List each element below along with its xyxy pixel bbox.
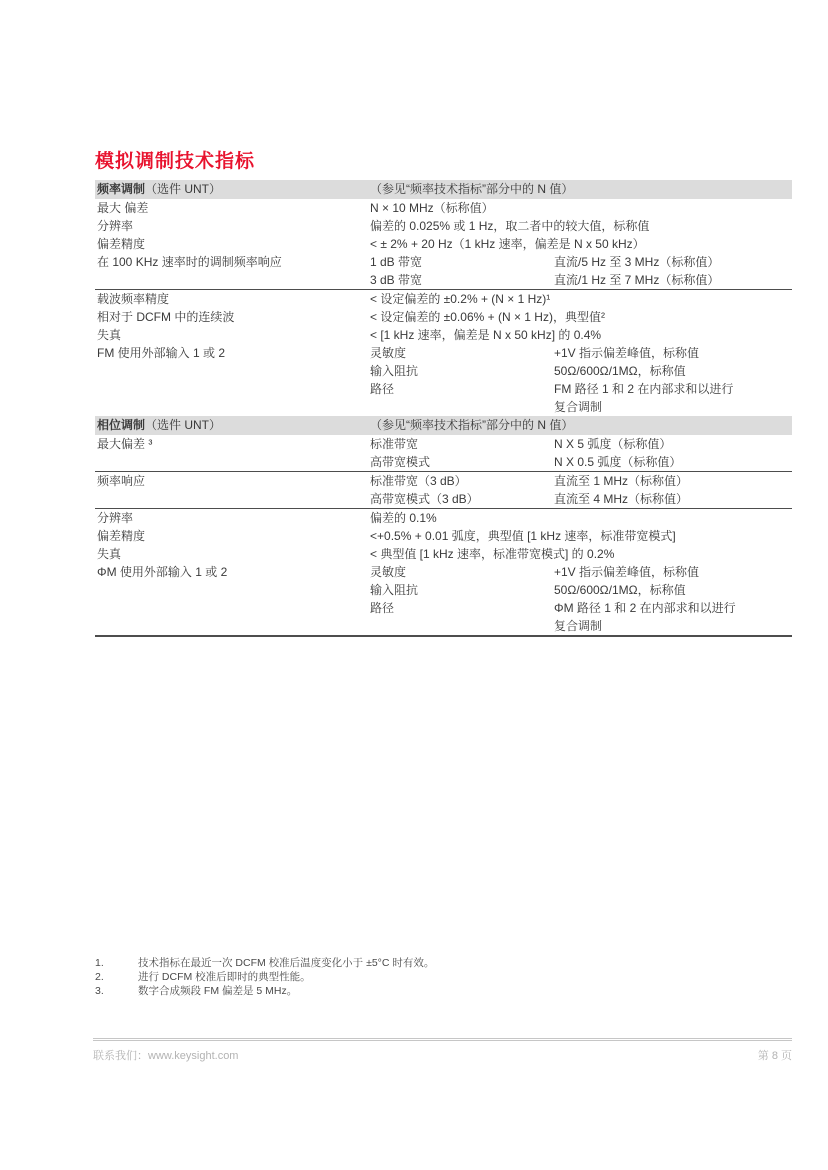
spec-sub-label: N × 10 MHz（标称值） — [370, 199, 554, 217]
spec-label: 在 100 KHz 速率时的调制频率响应 — [95, 253, 370, 271]
spec-sub-label — [370, 617, 554, 635]
spec-row: 最大 偏差N × 10 MHz（标称值） — [95, 199, 792, 217]
spec-label: 分辨率 — [95, 217, 370, 235]
spec-label: FM 使用外部输入 1 或 2 — [95, 344, 370, 362]
spec-label — [95, 398, 370, 416]
spec-label — [95, 599, 370, 617]
page-content: 模拟调制技术指标 频率调制（选件 UNT）（参见“频率技术指标”部分中的 N 值… — [95, 146, 792, 637]
spec-sub-label: 1 dB 带宽 — [370, 253, 554, 271]
spec-sub-label: 路径 — [370, 380, 554, 398]
spec-label: 失真 — [95, 326, 370, 344]
spec-sub-label: < ± 2% + 20 Hz（1 kHz 速率，偏差是 N x 50 kHz） — [370, 235, 554, 253]
spec-value: +1V 指示偏差峰值，标称值 — [554, 563, 792, 581]
spec-sub-label: < 设定偏差的 ±0.2% + (N × 1 Hz)¹ — [370, 290, 554, 308]
spec-row: 频率响应标准带宽（3 dB）直流至 1 MHz（标称值） — [95, 472, 792, 490]
spec-value — [554, 217, 792, 235]
footnote-text: 技术指标在最近一次 DCFM 校准后温度变化小于 ±5°C 时有效。 — [138, 956, 434, 970]
spec-sub-label: 偏差的 0.025% 或 1 Hz，取二者中的较大值，标称值 — [370, 217, 554, 235]
section-header-row: 相位调制（选件 UNT）（参见“频率技术指标”部分中的 N 值） — [95, 416, 792, 435]
spec-sub-label: < [1 kHz 速率，偏差是 N x 50 kHz] 的 0.4% — [370, 326, 554, 344]
section-header-row: 频率调制（选件 UNT）（参见“频率技术指标”部分中的 N 值） — [95, 180, 792, 199]
footnote-text: 进行 DCFM 校准后即时的典型性能。 — [138, 970, 311, 984]
spec-row: 输入阻抗50Ω/600Ω/1MΩ，标称值 — [95, 362, 792, 380]
spec-label — [95, 581, 370, 599]
section-note: （参见“频率技术指标”部分中的 N 值） — [370, 416, 792, 435]
spec-sub-label: 灵敏度 — [370, 563, 554, 581]
spec-value: 50Ω/600Ω/1MΩ，标称值 — [554, 362, 792, 380]
spec-sub-label: 偏差的 0.1% — [370, 509, 554, 527]
spec-row: 分辨率偏差的 0.1% — [95, 509, 792, 527]
spec-row: 高带宽模式（3 dB）直流至 4 MHz（标称值） — [95, 490, 792, 508]
spec-row: 分辨率偏差的 0.025% 或 1 Hz，取二者中的较大值，标称值 — [95, 217, 792, 235]
spec-value — [554, 545, 792, 563]
spec-label: 分辨率 — [95, 509, 370, 527]
spec-row: 输入阻抗50Ω/600Ω/1MΩ，标称值 — [95, 581, 792, 599]
spec-label — [95, 380, 370, 398]
spec-value — [554, 509, 792, 527]
spec-value: N X 0.5 弧度（标称值） — [554, 453, 792, 471]
spec-sub-label: <+0.5% + 0.01 弧度，典型值 [1 kHz 速率，标准带宽模式] — [370, 527, 554, 545]
spec-value — [554, 326, 792, 344]
spec-row: 高带宽模式N X 0.5 弧度（标称值） — [95, 453, 792, 471]
spec-value — [554, 527, 792, 545]
footer-page-number: 第 8 页 — [758, 1047, 792, 1063]
spec-row: 偏差精度< ± 2% + 20 Hz（1 kHz 速率，偏差是 N x 50 k… — [95, 235, 792, 253]
spec-label: 最大偏差 ³ — [95, 435, 370, 453]
footer-contact-link: 联系我们：www.keysight.com — [93, 1047, 238, 1063]
spec-label — [95, 362, 370, 380]
spec-label: 相对于 DCFM 中的连续波 — [95, 308, 370, 326]
spec-row: 相对于 DCFM 中的连续波< 设定偏差的 ±0.06% + (N × 1 Hz… — [95, 308, 792, 326]
document-page: 模拟调制技术指标 频率调制（选件 UNT）（参见“频率技术指标”部分中的 N 值… — [0, 0, 828, 1170]
spec-row: 3 dB 带宽直流/1 Hz 至 7 MHz（标称值） — [95, 271, 792, 289]
spec-row: 失真< 典型值 [1 kHz 速率，标准带宽模式] 的 0.2% — [95, 545, 792, 563]
spec-sub-label: 输入阻抗 — [370, 581, 554, 599]
spec-value: ΦM 路径 1 和 2 在内部求和以进行 — [554, 599, 792, 617]
spec-label: 失真 — [95, 545, 370, 563]
spec-row: 复合调制 — [95, 617, 792, 635]
spec-group: 分辨率偏差的 0.1%偏差精度<+0.5% + 0.01 弧度，典型值 [1 k… — [95, 508, 792, 635]
spec-row: 路径FM 路径 1 和 2 在内部求和以进行 — [95, 380, 792, 398]
spec-sub-label: 路径 — [370, 599, 554, 617]
spec-row: 偏差精度<+0.5% + 0.01 弧度，典型值 [1 kHz 速率，标准带宽模… — [95, 527, 792, 545]
spec-row: 复合调制 — [95, 398, 792, 416]
spec-value — [554, 290, 792, 308]
spec-group: 载波频率精度< 设定偏差的 ±0.2% + (N × 1 Hz)¹相对于 DCF… — [95, 289, 792, 416]
spec-label — [95, 271, 370, 289]
spec-value — [554, 235, 792, 253]
section-title: 频率调制（选件 UNT） — [95, 180, 370, 199]
spec-row: 失真< [1 kHz 速率，偏差是 N x 50 kHz] 的 0.4% — [95, 326, 792, 344]
page-footer: 联系我们：www.keysight.com 第 8 页 — [93, 1038, 792, 1063]
spec-group: 最大 偏差N × 10 MHz（标称值）分辨率偏差的 0.025% 或 1 Hz… — [95, 199, 792, 289]
spec-value: 50Ω/600Ω/1MΩ，标称值 — [554, 581, 792, 599]
spec-label: 载波频率精度 — [95, 290, 370, 308]
spec-value — [554, 199, 792, 217]
section-note: （参见“频率技术指标”部分中的 N 值） — [370, 180, 792, 199]
spec-value: 直流/5 Hz 至 3 MHz（标称值） — [554, 253, 792, 271]
spec-group: 频率响应标准带宽（3 dB）直流至 1 MHz（标称值）高带宽模式（3 dB）直… — [95, 471, 792, 508]
spec-table: 频率调制（选件 UNT）（参见“频率技术指标”部分中的 N 值）最大 偏差N ×… — [95, 180, 792, 637]
spec-value: 直流/1 Hz 至 7 MHz（标称值） — [554, 271, 792, 289]
spec-row: 最大偏差 ³标准带宽N X 5 弧度（标称值） — [95, 435, 792, 453]
spec-row: FM 使用外部输入 1 或 2灵敏度+1V 指示偏差峰值，标称值 — [95, 344, 792, 362]
spec-label — [95, 617, 370, 635]
footnote-1: 1. 技术指标在最近一次 DCFM 校准后温度变化小于 ±5°C 时有效。 — [95, 956, 745, 970]
spec-value: 直流至 4 MHz（标称值） — [554, 490, 792, 508]
spec-value: 直流至 1 MHz（标称值） — [554, 472, 792, 490]
spec-value — [554, 308, 792, 326]
spec-sub-label: 标准带宽（3 dB） — [370, 472, 554, 490]
spec-sub-label: 灵敏度 — [370, 344, 554, 362]
spec-label: ΦM 使用外部输入 1 或 2 — [95, 563, 370, 581]
spec-sub-label: 高带宽模式（3 dB） — [370, 490, 554, 508]
spec-sub-label: 标准带宽 — [370, 435, 554, 453]
spec-label: 最大 偏差 — [95, 199, 370, 217]
section-title: 相位调制（选件 UNT） — [95, 416, 370, 435]
footnote-2: 2. 进行 DCFM 校准后即时的典型性能。 — [95, 970, 745, 984]
spec-value: N X 5 弧度（标称值） — [554, 435, 792, 453]
spec-sub-label: < 典型值 [1 kHz 速率，标准带宽模式] 的 0.2% — [370, 545, 554, 563]
spec-label — [95, 453, 370, 471]
spec-value: +1V 指示偏差峰值，标称值 — [554, 344, 792, 362]
spec-sub-label: 3 dB 带宽 — [370, 271, 554, 289]
footnotes: 1. 技术指标在最近一次 DCFM 校准后温度变化小于 ±5°C 时有效。 2.… — [95, 956, 745, 998]
spec-label: 频率响应 — [95, 472, 370, 490]
spec-sub-label — [370, 398, 554, 416]
footnote-3: 3. 数字合成频段 FM 偏差是 5 MHz。 — [95, 984, 745, 998]
spec-row: 载波频率精度< 设定偏差的 ±0.2% + (N × 1 Hz)¹ — [95, 290, 792, 308]
spec-sub-label: 高带宽模式 — [370, 453, 554, 471]
spec-label: 偏差精度 — [95, 235, 370, 253]
spec-sub-label: 输入阻抗 — [370, 362, 554, 380]
spec-row: 在 100 KHz 速率时的调制频率响应1 dB 带宽直流/5 Hz 至 3 M… — [95, 253, 792, 271]
spec-row: ΦM 使用外部输入 1 或 2灵敏度+1V 指示偏差峰值，标称值 — [95, 563, 792, 581]
footnote-number: 1. — [95, 956, 138, 970]
spec-label — [95, 490, 370, 508]
page-title: 模拟调制技术指标 — [95, 146, 792, 173]
spec-label: 偏差精度 — [95, 527, 370, 545]
spec-row: 路径ΦM 路径 1 和 2 在内部求和以进行 — [95, 599, 792, 617]
footnote-text: 数字合成频段 FM 偏差是 5 MHz。 — [138, 984, 297, 998]
spec-value: FM 路径 1 和 2 在内部求和以进行 — [554, 380, 792, 398]
spec-value: 复合调制 — [554, 398, 792, 416]
spec-group: 最大偏差 ³标准带宽N X 5 弧度（标称值）高带宽模式N X 0.5 弧度（标… — [95, 435, 792, 471]
footnote-number: 2. — [95, 970, 138, 984]
spec-value: 复合调制 — [554, 617, 792, 635]
spec-sub-label: < 设定偏差的 ±0.06% + (N × 1 Hz)，典型值² — [370, 308, 554, 326]
footnote-number: 3. — [95, 984, 138, 998]
